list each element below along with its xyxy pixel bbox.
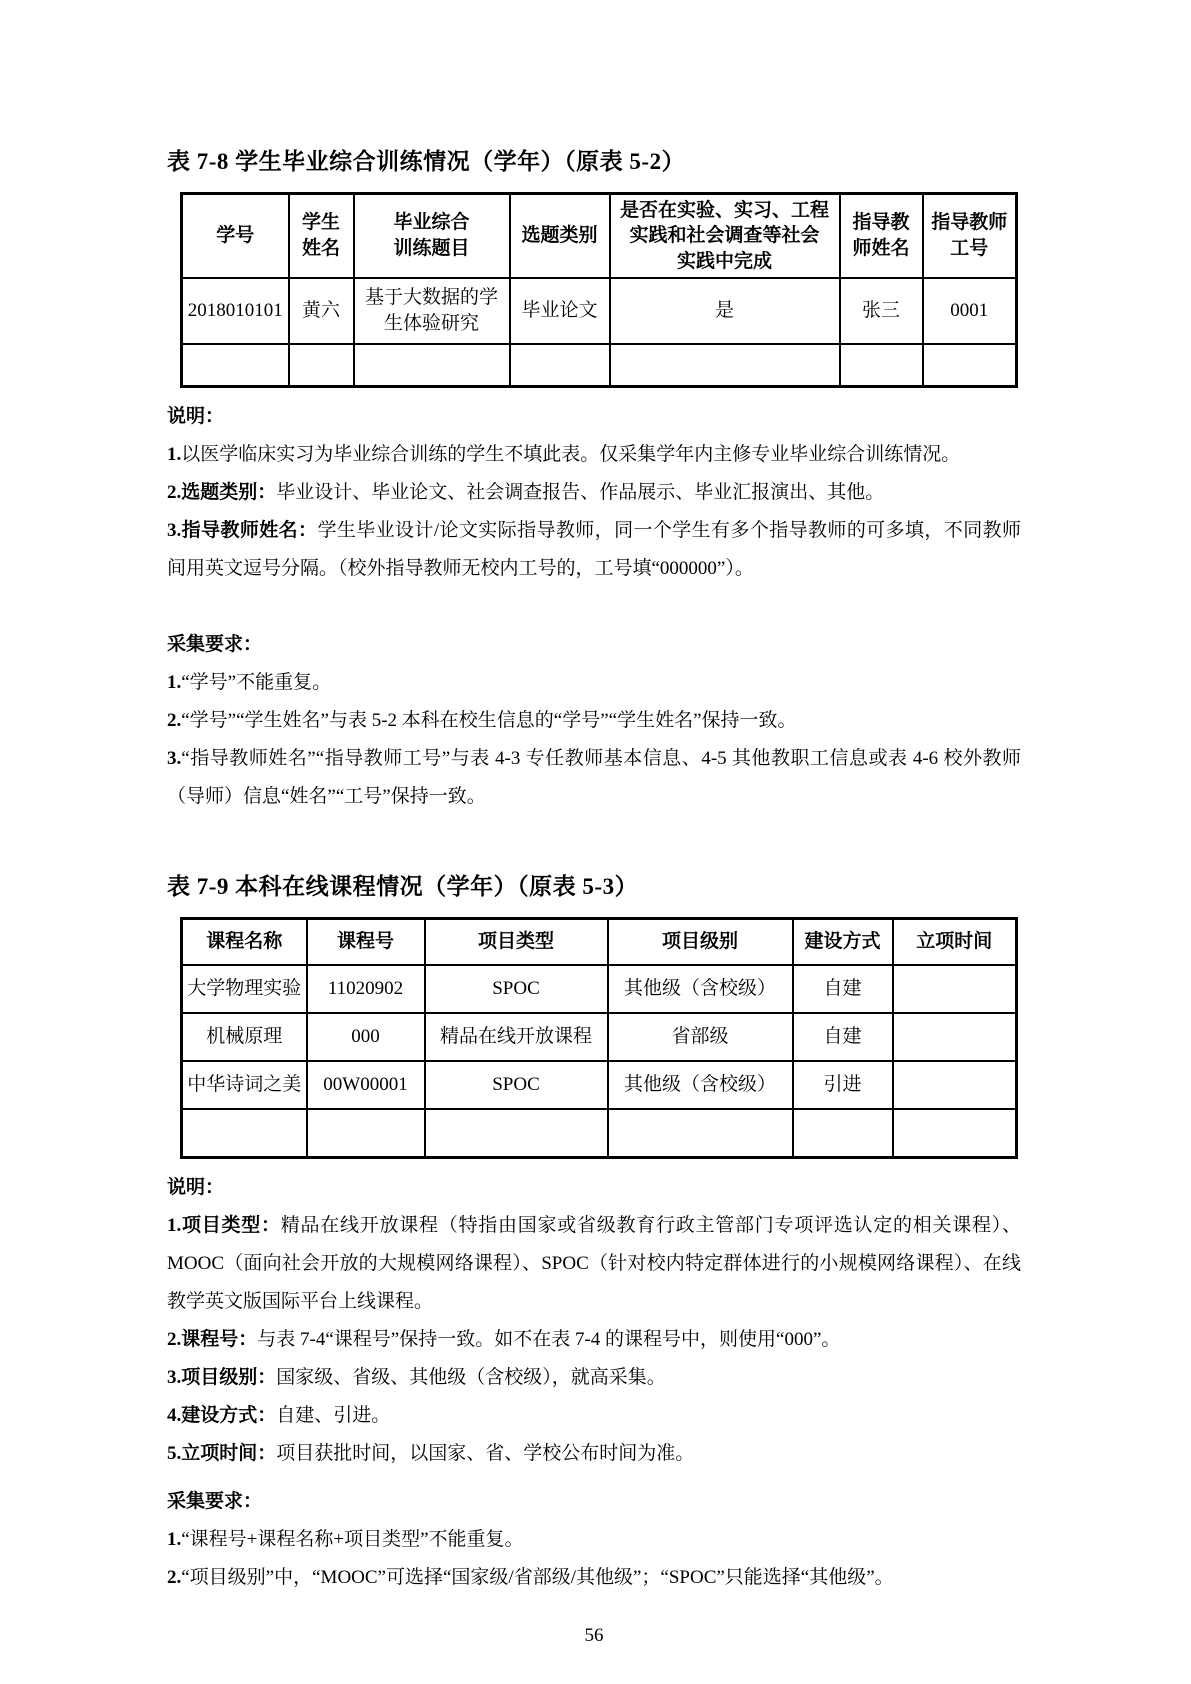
requirements-7-9: 1.“课程号+课程名称+项目类型”不能重复。 2.“项目级别”中，“MOOC”可… — [167, 1521, 1021, 1597]
note-text: 项目获批时间，以国家、省、学校公布时间为准。 — [276, 1443, 694, 1464]
table-7-9-title: 表 7-9 本科在线课程情况（学年）（原表 5-3） — [167, 868, 1021, 901]
column-header: 是否在实验、实习、工程 实践和社会调查等社会 实践中完成 — [610, 194, 840, 279]
table-cell — [893, 965, 1017, 1013]
table-7-8-title: 表 7-8 学生毕业综合训练情况（学年）（原表 5-2） — [167, 143, 1021, 176]
requirement-line: 2.“学号”“学生姓名”与表 5-2 本科在校生信息的“学号”“学生姓名”保持一… — [167, 702, 1021, 740]
table-row: 2018010101黄六基于大数据的学 生体验研究毕业论文是张三0001 — [182, 278, 1017, 344]
note-line: 2.选题类别：毕业设计、毕业论文、社会调查报告、作品展示、毕业汇报演出、其他。 — [167, 474, 1021, 512]
notes-7-9: 1.项目类型：精品在线开放课程（特指由国家或省级教育行政主管部门专项评选认定的相… — [167, 1207, 1021, 1473]
table-cell — [307, 1109, 425, 1158]
table-cell: 省部级 — [608, 1013, 793, 1061]
column-header: 课程号 — [307, 919, 425, 966]
requirement-text: “指导教师姓名”“指导教师工号”与表 4-3 专任教师基本信息、4-5 其他教职… — [167, 748, 1021, 807]
column-header: 选题类别 — [510, 194, 610, 279]
table-cell — [510, 344, 610, 387]
table-cell — [893, 1109, 1017, 1158]
note-line: 4.建设方式：自建、引进。 — [167, 1397, 1021, 1435]
requirement-label: 2. — [167, 1567, 181, 1588]
table-cell — [182, 1109, 307, 1158]
requirements-7-8: 1.“学号”不能重复。 2.“学号”“学生姓名”与表 5-2 本科在校生信息的“… — [167, 664, 1021, 816]
table-7-8: 学号学生 姓名毕业综合 训练题目选题类别是否在实验、实习、工程 实践和社会调查等… — [180, 192, 1018, 388]
table-cell: SPOC — [425, 1061, 608, 1109]
table-cell — [610, 344, 840, 387]
note-text: 精品在线开放课程（特指由国家或省级教育行政主管部门专项评选认定的相关课程）、MO… — [167, 1215, 1021, 1312]
notes-7-8: 1.以医学临床实习为毕业综合训练的学生不填此表。仅采集学年内主修专业毕业综合训练… — [167, 436, 1021, 588]
table-row: 大学物理实验11020902SPOC其他级（含校级）自建 — [182, 965, 1017, 1013]
table-cell: 其他级（含校级） — [608, 965, 793, 1013]
requirement-text: “学号”“学生姓名”与表 5-2 本科在校生信息的“学号”“学生姓名”保持一致。 — [181, 710, 796, 731]
column-header: 指导教 师姓名 — [840, 194, 923, 279]
note-label: 3.项目级别： — [167, 1367, 276, 1388]
document-page: 表 7-8 学生毕业综合训练情况（学年）（原表 5-2） 学号学生 姓名毕业综合… — [0, 0, 1191, 1684]
requirements-heading-7-8: 采集要求： — [167, 626, 1021, 664]
table-cell: 自建 — [793, 1013, 893, 1061]
table-cell — [354, 344, 510, 387]
table-cell — [840, 344, 923, 387]
table-cell: 黄六 — [289, 278, 354, 344]
notes-heading-7-8: 说明： — [167, 398, 1021, 436]
note-line: 1.项目类型：精品在线开放课程（特指由国家或省级教育行政主管部门专项评选认定的相… — [167, 1207, 1021, 1321]
note-text: 国家级、省级、其他级（含校级），就高采集。 — [276, 1367, 666, 1388]
column-header: 学号 — [182, 194, 289, 279]
table-cell: 000 — [307, 1013, 425, 1061]
table-cell: 大学物理实验 — [182, 965, 307, 1013]
table-row: 中华诗词之美00W00001SPOC其他级（含校级）引进 — [182, 1061, 1017, 1109]
table-cell: 其他级（含校级） — [608, 1061, 793, 1109]
column-header: 学生 姓名 — [289, 194, 354, 279]
table-cell — [893, 1061, 1017, 1109]
requirement-line: 1.“学号”不能重复。 — [167, 664, 1021, 702]
table-cell: 精品在线开放课程 — [425, 1013, 608, 1061]
header-row: 课程名称课程号项目类型项目级别建设方式立项时间 — [182, 919, 1017, 966]
note-label: 2.课程号： — [167, 1329, 257, 1350]
note-label: 3.指导教师姓名： — [167, 520, 317, 541]
note-line: 1.以医学临床实习为毕业综合训练的学生不填此表。仅采集学年内主修专业毕业综合训练… — [167, 436, 1021, 474]
table-cell: 中华诗词之美 — [182, 1061, 307, 1109]
notes-heading-7-9: 说明： — [167, 1169, 1021, 1207]
column-header: 项目类型 — [425, 919, 608, 966]
note-line: 2.课程号：与表 7-4“课程号”保持一致。如不在表 7-4 的课程号中，则使用… — [167, 1321, 1021, 1359]
note-text: 与表 7-4“课程号”保持一致。如不在表 7-4 的课程号中，则使用“000”。 — [257, 1329, 840, 1350]
note-label: 2.选题类别： — [167, 482, 276, 503]
table-cell — [289, 344, 354, 387]
table-row: 机械原理000精品在线开放课程省部级自建 — [182, 1013, 1017, 1061]
table-cell: 0001 — [923, 278, 1017, 344]
table-cell — [793, 1109, 893, 1158]
requirement-line: 2.“项目级别”中，“MOOC”可选择“国家级/省部级/其他级”；“SPOC”只… — [167, 1559, 1021, 1597]
requirement-text: “学号”不能重复。 — [181, 672, 331, 693]
column-header: 项目级别 — [608, 919, 793, 966]
table-row — [182, 344, 1017, 387]
table-cell — [608, 1109, 793, 1158]
header-row: 学号学生 姓名毕业综合 训练题目选题类别是否在实验、实习、工程 实践和社会调查等… — [182, 194, 1017, 279]
table-cell: 基于大数据的学 生体验研究 — [354, 278, 510, 344]
note-line: 5.立项时间：项目获批时间，以国家、省、学校公布时间为准。 — [167, 1435, 1021, 1473]
table-cell: 自建 — [793, 965, 893, 1013]
requirement-line: 3.“指导教师姓名”“指导教师工号”与表 4-3 专任教师基本信息、4-5 其他… — [167, 740, 1021, 816]
note-label: 1. — [167, 444, 181, 465]
requirement-label: 1. — [167, 1529, 181, 1550]
column-header: 建设方式 — [793, 919, 893, 966]
table-cell — [893, 1013, 1017, 1061]
note-label: 1.项目类型： — [167, 1215, 281, 1236]
requirement-line: 1.“课程号+课程名称+项目类型”不能重复。 — [167, 1521, 1021, 1559]
note-text: 毕业设计、毕业论文、社会调查报告、作品展示、毕业汇报演出、其他。 — [276, 482, 884, 503]
table-cell — [182, 344, 289, 387]
table-cell: 张三 — [840, 278, 923, 344]
page-number: 56 — [167, 1625, 1021, 1647]
requirement-text: “项目级别”中，“MOOC”可选择“国家级/省部级/其他级”；“SPOC”只能选… — [181, 1567, 893, 1588]
requirement-text: “课程号+课程名称+项目类型”不能重复。 — [181, 1529, 523, 1550]
requirement-label: 2. — [167, 710, 181, 731]
table-cell — [923, 344, 1017, 387]
table-cell: SPOC — [425, 965, 608, 1013]
note-line: 3.项目级别：国家级、省级、其他级（含校级），就高采集。 — [167, 1359, 1021, 1397]
note-label: 5.立项时间： — [167, 1443, 276, 1464]
note-label: 4.建设方式： — [167, 1405, 276, 1426]
table-cell — [425, 1109, 608, 1158]
section-table-7-9: 表 7-9 本科在线课程情况（学年）（原表 5-3） 课程名称课程号项目类型项目… — [167, 868, 1021, 1597]
column-header: 立项时间 — [893, 919, 1017, 966]
table-cell: 引进 — [793, 1061, 893, 1109]
table-cell: 00W00001 — [307, 1061, 425, 1109]
requirement-label: 1. — [167, 672, 181, 693]
section-table-7-8: 表 7-8 学生毕业综合训练情况（学年）（原表 5-2） 学号学生 姓名毕业综合… — [167, 143, 1021, 816]
table-cell: 机械原理 — [182, 1013, 307, 1061]
table-row — [182, 1109, 1017, 1158]
table-cell: 11020902 — [307, 965, 425, 1013]
note-text: 自建、引进。 — [276, 1405, 390, 1426]
note-text: 以医学临床实习为毕业综合训练的学生不填此表。仅采集学年内主修专业毕业综合训练情况… — [181, 444, 960, 465]
requirement-label: 3. — [167, 748, 181, 769]
table-cell: 毕业论文 — [510, 278, 610, 344]
column-header: 毕业综合 训练题目 — [354, 194, 510, 279]
column-header: 课程名称 — [182, 919, 307, 966]
table-cell: 2018010101 — [182, 278, 289, 344]
column-header: 指导教师 工号 — [923, 194, 1017, 279]
note-line: 3.指导教师姓名：学生毕业设计/论文实际指导教师，同一个学生有多个指导教师的可多… — [167, 512, 1021, 588]
table-7-9: 课程名称课程号项目类型项目级别建设方式立项时间大学物理实验11020902SPO… — [180, 917, 1018, 1159]
requirements-heading-7-9: 采集要求： — [167, 1483, 1021, 1521]
table-cell: 是 — [610, 278, 840, 344]
